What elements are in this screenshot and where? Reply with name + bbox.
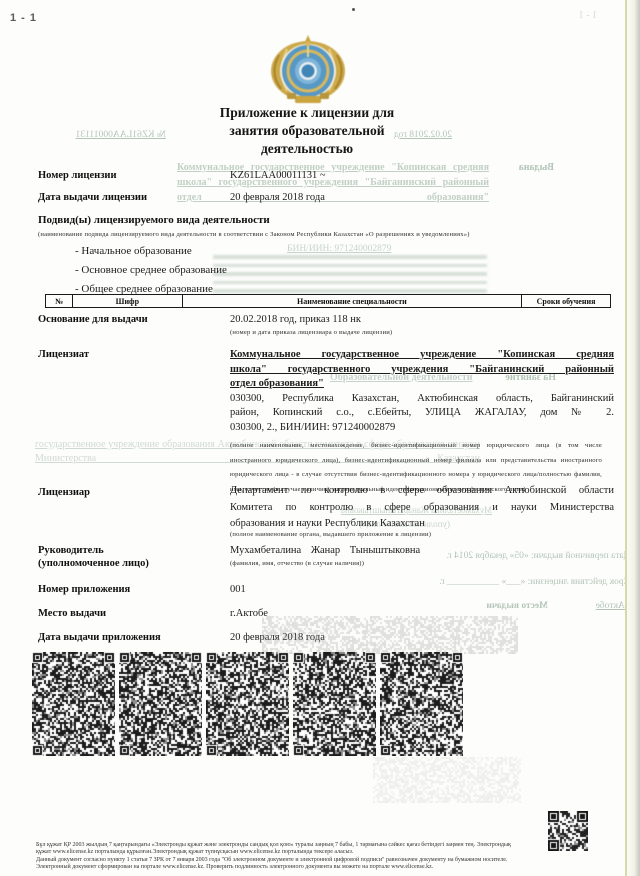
legal-footer-russian: Данный документ согласно пункту 1 статьи… <box>36 857 518 872</box>
subtypes-note: (наименование подвида лицензируемого вид… <box>38 231 598 238</box>
licensee-name-line: Коммунальное государственное учреждение … <box>230 348 614 363</box>
head-value: Мухамбеталина Жанар Тыныштыковна <box>230 545 614 556</box>
col-study-duration: Сроки обучения <box>522 295 611 308</box>
license-number-value: KZ61LAA00011131 ~ <box>230 170 614 181</box>
appendix-date-label: Дата выдачи приложения <box>38 632 161 643</box>
legal-footer-kazakh: Бұл құжат ҚР 2003 жылдың 7 қаңтарындағы … <box>36 842 518 857</box>
scanned-license-document: 1 - 1 1 - 1 Приложение к лицензии для за… <box>0 0 640 876</box>
basis-note: (номер и дата приказа лицензиара о выдач… <box>230 329 610 336</box>
license-number-label: Номер лицензии <box>38 170 117 181</box>
appendix-number-value: 001 <box>230 584 614 595</box>
license-date-value: 20 февраля 2018 года <box>230 192 614 203</box>
issue-place-label: Место выдачи <box>38 608 106 619</box>
col-number: № <box>46 295 73 308</box>
subtype-item: - Начальное образование <box>75 245 192 257</box>
qr-code-large <box>119 652 202 756</box>
subtype-item: - Основное среднее образование <box>75 264 227 276</box>
ghost-license-number: № KZ61LAA00011131 <box>26 130 166 140</box>
qr-code-large <box>293 652 376 756</box>
licensee-address-line: район, Копинский с.о., с.Ебейты, УЛИЦА Ж… <box>230 406 614 421</box>
document-title-line: деятельностью <box>0 140 614 158</box>
legal-footer: Бұл құжат ҚР 2003 жылдың 7 қаңтарындағы … <box>36 842 518 871</box>
specialties-table: № Шифр Наименование специальности Сроки … <box>45 294 611 308</box>
basis-value: 20.02.2018 год, приказ 118 нк <box>230 314 614 325</box>
licensor-value: Департамент по контролю в сфере образова… <box>230 483 614 533</box>
ghost-bleed-lines <box>213 255 487 298</box>
basis-label: Основание для выдачи <box>38 314 148 325</box>
licensor-value-line: Департамент по контролю в сфере образова… <box>230 483 614 500</box>
page-counter: 1 - 1 <box>10 12 37 24</box>
head-label2: (уполномоченное лицо) <box>38 558 149 569</box>
qr-code-large <box>32 652 115 756</box>
licensor-value-line: Комитета по контролю в сфере образования… <box>230 500 614 517</box>
ghost-qr-bleed <box>262 616 518 654</box>
licensee-address-line: 030300, Республика Казахстан, Актюбинска… <box>230 392 614 407</box>
ghost-bin: БИН/ИИН: 971240002879 <box>287 244 447 254</box>
licensee-name-line: школа" государственного учреждения "Байг… <box>230 363 614 378</box>
licensor-label: Лицензиар <box>38 487 90 498</box>
head-note: (фамилия, имя, отчество (в случае наличи… <box>230 560 610 567</box>
appendix-number-label: Номер приложения <box>38 584 130 595</box>
col-specialty-name: Наименование специальности <box>182 295 521 308</box>
scanner-edge-shade <box>627 0 640 876</box>
scan-speck <box>352 8 355 11</box>
licensee-value: Коммунальное государственное учреждение … <box>230 348 614 497</box>
licensee-label: Лицензиат <box>38 349 89 360</box>
licensee-name-line: отдел образования" <box>230 377 614 392</box>
document-title-line: Приложение к лицензии для <box>0 104 614 122</box>
ghost-page-counter: 1 - 1 <box>563 10 597 21</box>
qr-code-small <box>548 811 588 851</box>
licensor-note: (полное наименование органа, выдавшего п… <box>230 531 610 538</box>
ghost-issue-date: 20.02.2018 год <box>382 130 452 140</box>
kazakhstan-emblem-icon <box>267 33 349 107</box>
col-code: Шифр <box>72 295 182 308</box>
qr-code-large <box>206 652 289 756</box>
ghost-qr-bleed <box>373 757 521 803</box>
specialties-table-header-row: № Шифр Наименование специальности Сроки … <box>46 295 611 308</box>
head-label: Руководитель <box>38 545 104 556</box>
licensee-address-line: 030300, 2., БИН/ИИН: 971240002879 <box>230 421 614 436</box>
qr-code-large <box>380 652 463 756</box>
subtypes-heading: Подвид(ы) лицензируемого вида деятельнос… <box>38 214 270 226</box>
license-date-label: Дата выдачи лицензии <box>38 192 147 203</box>
